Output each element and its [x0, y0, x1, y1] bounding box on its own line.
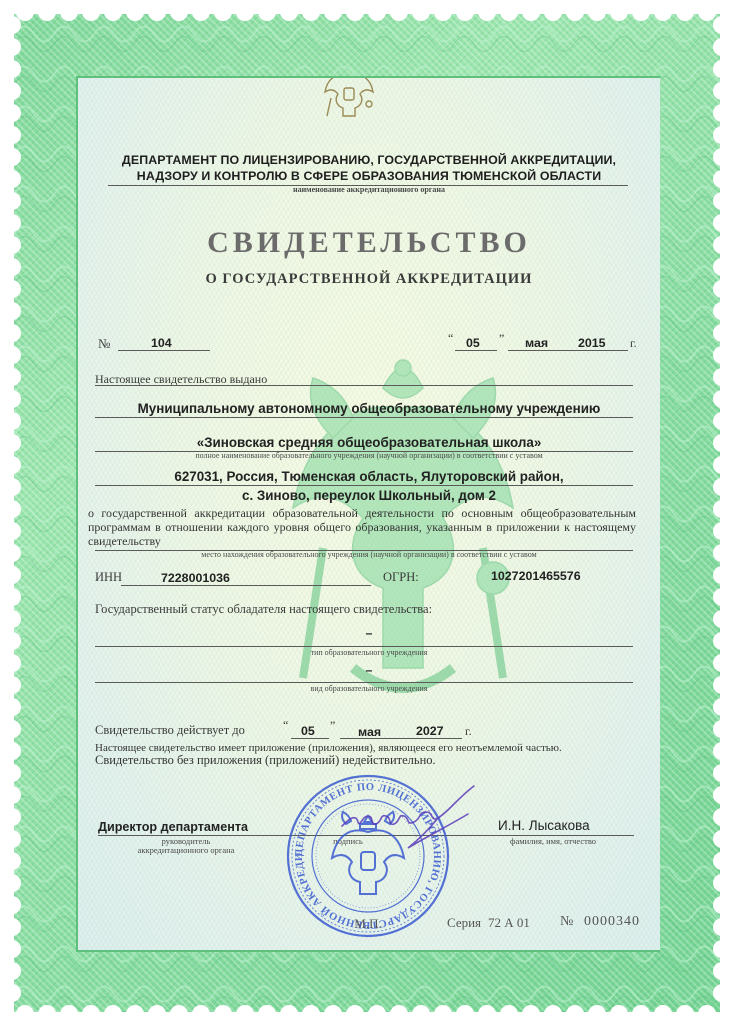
registration-day: 05 — [466, 336, 480, 350]
date-month-underline — [508, 350, 628, 351]
validity-label: Свидетельство действует до — [95, 723, 245, 738]
kind-underline — [95, 682, 633, 683]
validity-close-quote: ” — [330, 718, 335, 733]
type-underline — [95, 646, 633, 647]
appendix-invalid-note: Свидетельство без приложения (приложений… — [95, 753, 436, 768]
address-line-2: с. Зиново, переулок Школьный, дом 2 — [78, 488, 660, 503]
date-day-underline — [455, 350, 497, 351]
issuer-caption: наименование аккредитационного органа — [78, 185, 660, 194]
number-label: № — [98, 336, 110, 352]
ogrn-label: ОГРН: — [383, 570, 419, 585]
address-line-1-underline — [95, 485, 633, 486]
issued-to-underline — [95, 385, 633, 386]
validity-day: 05 — [301, 724, 315, 738]
institution-kind-caption: вид образовательного учреждения — [78, 684, 660, 693]
inn-label: ИНН — [95, 570, 122, 585]
issuer-line-1: ДЕПАРТАМЕНТ ПО ЛИЦЕНЗИРОВАНИЮ, ГОСУДАРСТ… — [78, 153, 660, 167]
signer-name: И.Н. Лысакова — [498, 818, 590, 833]
seal-label: М.П. — [354, 916, 381, 931]
accreditation-purpose-text: о государственной аккредитации образоват… — [88, 506, 636, 548]
signer-position-caption-2: аккредитационного органа — [98, 845, 274, 855]
registration-year: 2015 — [578, 336, 606, 350]
institution-type-value: – — [78, 626, 660, 640]
signer-position: Директор департамента — [98, 820, 248, 834]
issuer-line-2: НАДЗОРУ И КОНТРОЛЮ В СФЕРЕ ОБРАЗОВАНИЯ Т… — [78, 169, 660, 183]
address-caption: место нахождения образовательного учрежд… — [78, 550, 660, 559]
blank-number-value: 0000340 — [584, 914, 640, 930]
institution-type-caption: тип образовательного учреждения — [78, 648, 660, 657]
certificate-title: СВИДЕТЕЛЬСТВО — [78, 226, 660, 260]
validity-year: 2027 — [416, 724, 444, 738]
blank-number-label: № — [560, 914, 573, 930]
handwritten-signature — [338, 778, 478, 858]
russian-coat-of-arms-icon — [321, 78, 377, 122]
date-close-quote: ” — [499, 331, 504, 346]
validity-open-quote: “ — [283, 718, 288, 733]
certificate-paper: ДЕПАРТАМЕНТ ПО ЛИЦЕНЗИРОВАНИЮ, ГОСУДАРСТ… — [78, 78, 660, 950]
org-line-1-underline — [95, 417, 633, 418]
registration-month: мая — [525, 336, 548, 350]
series-value: 72 А 01 — [488, 915, 530, 931]
institution-kind-value: – — [78, 663, 660, 677]
registration-number: 104 — [151, 336, 172, 350]
status-label: Государственный статус обладателя настоя… — [95, 602, 432, 617]
organization-name-line-1: Муниципальному автономному общеобразоват… — [78, 401, 660, 416]
certificate-subtitle: О ГОСУДАРСТВЕННОЙ АККРЕДИТАЦИИ — [78, 271, 660, 288]
address-line-1: 627031, Россия, Тюменская область, Ялуто… — [78, 469, 660, 484]
validity-suffix: г. — [465, 724, 472, 739]
organization-name-line-2: «Зиновская средняя общеобразовательная ш… — [78, 435, 660, 450]
series-label: Серия — [447, 915, 481, 931]
date-open-quote: “ — [448, 331, 453, 346]
validity-month: мая — [358, 725, 381, 739]
ogrn-value: 1027201465576 — [491, 569, 581, 583]
organization-caption: полное наименование образовательного учр… — [78, 451, 660, 460]
inn-value: 7228001036 — [161, 571, 230, 585]
inn-underline — [121, 585, 371, 586]
validity-day-underline — [291, 738, 329, 739]
number-underline — [118, 350, 210, 351]
signer-name-caption: фамилия, имя, отчество — [478, 836, 628, 846]
date-suffix: г. — [630, 336, 637, 351]
